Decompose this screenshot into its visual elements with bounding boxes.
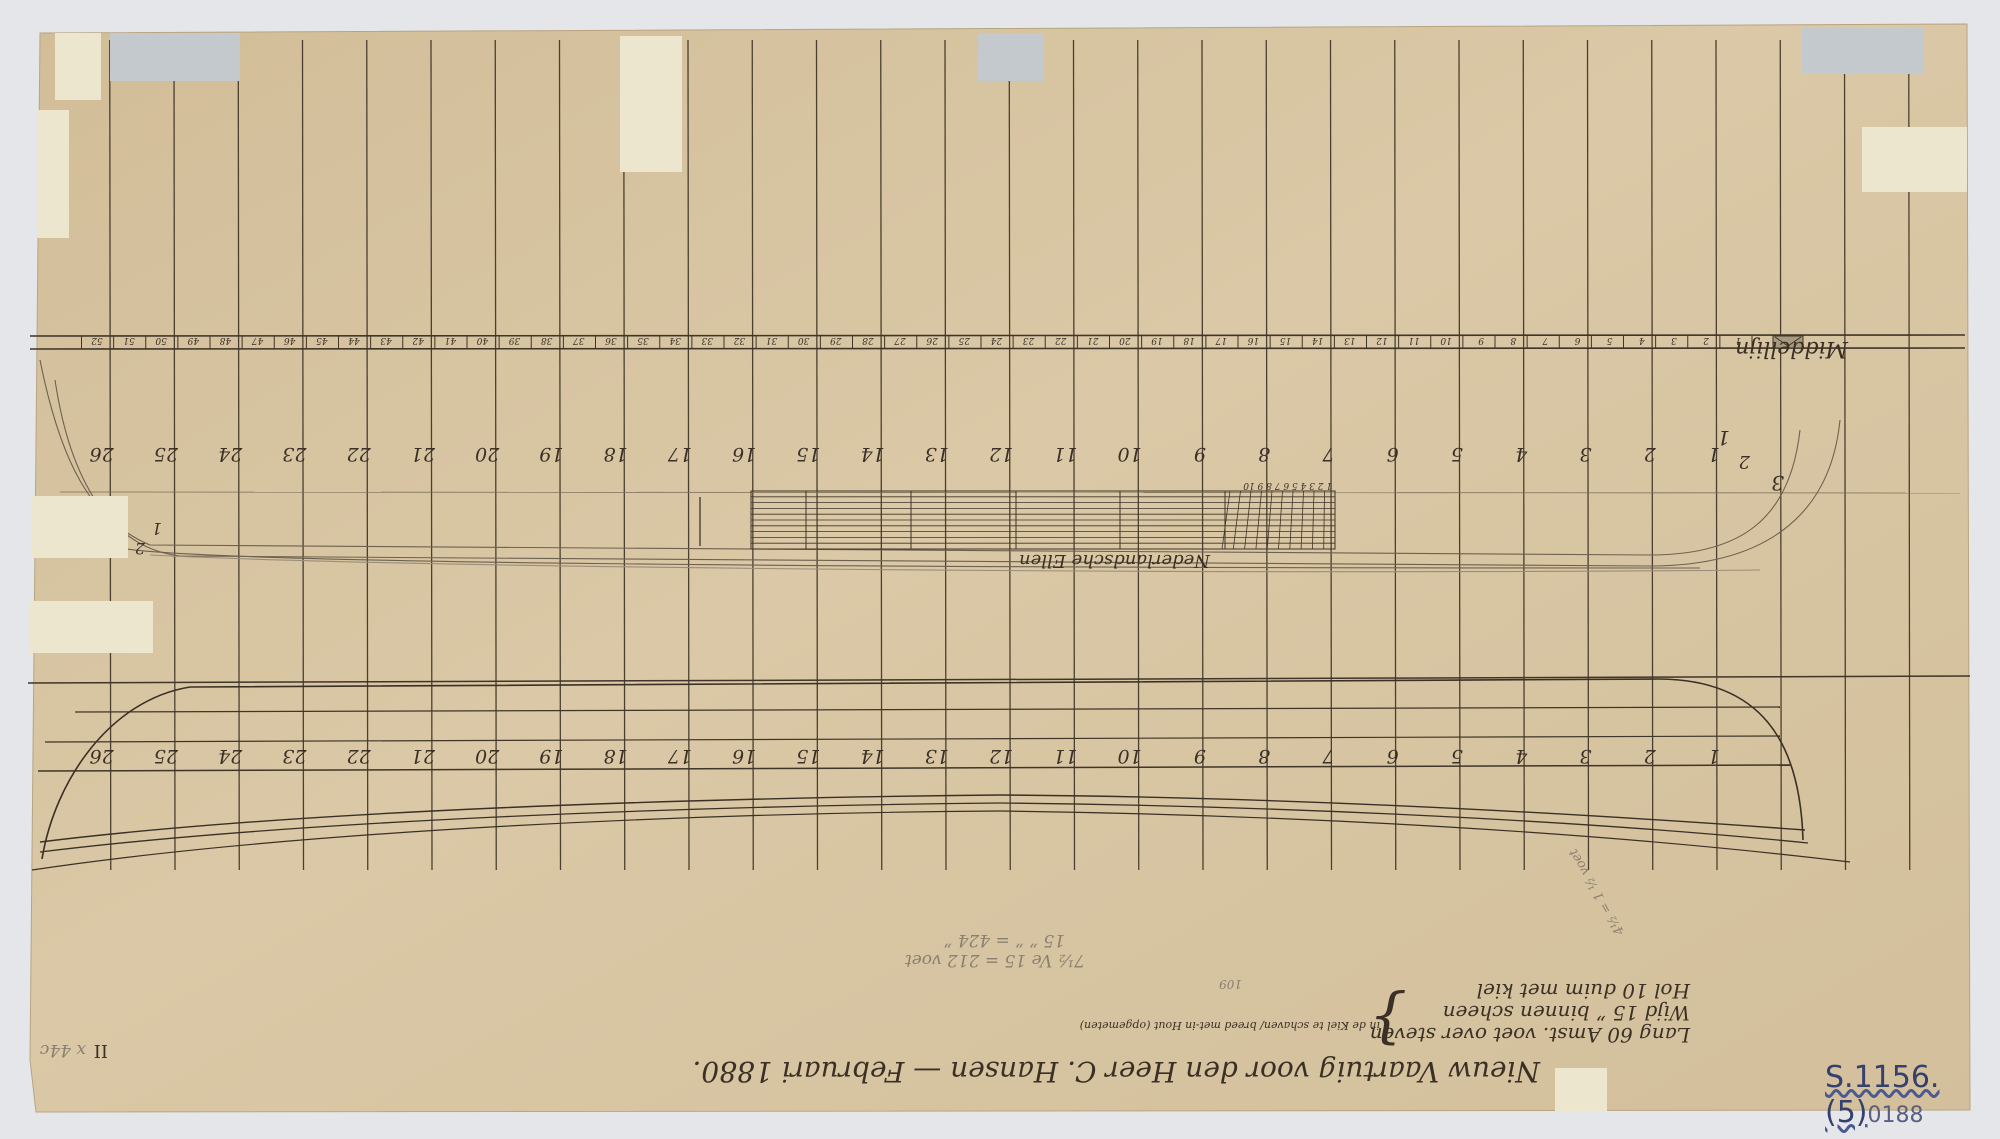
station-number: 10 [1118, 443, 1142, 465]
band-number: 38 [541, 335, 553, 345]
catalog-number-suffix: 0188 [1868, 1103, 1924, 1128]
spec-hol: Hol 10 duim met kiel [1477, 979, 1691, 1003]
band-number: 2 [1703, 335, 1710, 345]
station-number: 16 [732, 745, 756, 767]
station-number: 24 [218, 745, 243, 767]
band-number: 18 [1183, 335, 1195, 345]
band-number: 8 [1510, 335, 1516, 345]
band-number: 46 [284, 335, 297, 345]
band-number: 5 [1606, 335, 1612, 345]
bow-mark-1: 1 [1717, 426, 1730, 450]
band-number: 41 [444, 335, 456, 345]
scale-ticks-label: 1 2 3 4 5 6 7 8 9 10 [1243, 480, 1332, 490]
station-number: 3 [1579, 443, 1591, 465]
band-number: 22 [1055, 335, 1068, 345]
band-number: 49 [187, 335, 200, 345]
band-number: 31 [766, 335, 777, 345]
band-number: 21 [1087, 335, 1099, 345]
station-number: 12 [989, 443, 1013, 465]
band-number: 35 [637, 335, 649, 345]
scale-label: Nederlandsche Ellen [1019, 550, 1211, 571]
station-number: 22 [347, 443, 372, 465]
band-number: 17 [1215, 335, 1227, 345]
station-number: 18 [604, 745, 628, 767]
station-number: 6 [1387, 745, 1399, 767]
title-line: Nieuw Vaartuig voor den Heer C. Hansen —… [692, 1055, 1541, 1088]
station-number: 6 [1387, 443, 1399, 465]
station-number: 25 [154, 745, 179, 767]
spec-lang: Lang 60 Amst. voet over steven [1370, 1023, 1691, 1047]
band-number: 51 [123, 335, 134, 345]
station-number: 9 [1194, 443, 1206, 465]
station-number: 26 [90, 745, 115, 767]
band-number: 12 [1376, 335, 1388, 345]
station-number: 23 [282, 745, 307, 767]
band-number: 11 [1408, 335, 1419, 345]
middellijn-label: Middellijn [1735, 336, 1849, 361]
station-number: 26 [90, 443, 115, 465]
station-number: 7 [1322, 443, 1335, 465]
pencil-calc-2: 15 ” ” = 424 ” [944, 930, 1065, 950]
station-number: 5 [1451, 745, 1463, 767]
pencil-calc-1: 7½ Ve 15 = 212 voet [905, 950, 1085, 970]
tape-top-left [55, 33, 101, 100]
station-number: 14 [861, 745, 885, 767]
station-number: 10 [1118, 745, 1142, 767]
band-number: 23 [1022, 335, 1035, 345]
station-number: 2 [1644, 745, 1657, 767]
station-number: 19 [539, 443, 563, 465]
station-number: 11 [1053, 443, 1077, 465]
band-number: 16 [1247, 335, 1259, 345]
tape-right [1862, 127, 1967, 192]
station-number: 15 [796, 443, 820, 465]
catalog-number: S.1156.(5)0188 [1825, 1060, 2000, 1130]
station-number: 2 [1644, 443, 1657, 465]
band-number: 3 [1671, 335, 1677, 345]
station-number: 21 [411, 745, 436, 767]
spec-wijd: Wijd 15 ” binnen scheen [1443, 1001, 1690, 1025]
stern-mark-2: 2 [135, 539, 146, 558]
tape-left-2 [31, 496, 128, 558]
station-number: 22 [347, 745, 372, 767]
band-number: 36 [605, 335, 617, 345]
corner-mark: II [94, 1040, 108, 1061]
station-number: 17 [667, 443, 692, 465]
station-number: 9 [1194, 745, 1206, 767]
band-number: 52 [91, 335, 103, 345]
tape-top-blue-1 [110, 33, 240, 81]
band-number: 25 [958, 335, 971, 345]
station-number: 12 [989, 745, 1013, 767]
station-number: 20 [475, 745, 500, 767]
station-number: 23 [282, 443, 307, 465]
band-number: 50 [155, 335, 167, 345]
station-number: 11 [1053, 745, 1077, 767]
band-number: 37 [573, 335, 585, 345]
station-number: 7 [1322, 745, 1335, 767]
band-number: 26 [926, 335, 939, 345]
station-number: 20 [475, 443, 500, 465]
band-number: 42 [412, 335, 425, 345]
tape-top-blue-2 [978, 33, 1044, 81]
spec-note: in de Kiel te schaven/ breed met-in Hout… [1080, 1019, 1380, 1032]
station-number: 13 [925, 443, 949, 465]
band-number: 47 [251, 335, 264, 345]
band-number: 45 [316, 335, 329, 345]
station-number: 25 [154, 443, 179, 465]
station-number: 3 [1579, 745, 1591, 767]
bow-mark-3: 3 [1771, 471, 1784, 495]
band-number: 19 [1151, 335, 1163, 345]
stern-mark-1: 1 [152, 519, 162, 538]
band-number: 7 [1542, 335, 1548, 345]
station-number: 8 [1258, 443, 1270, 465]
station-number: 1 [1708, 745, 1720, 767]
station-number: 15 [796, 745, 820, 767]
band-number: 13 [1344, 335, 1356, 345]
tape-left-3 [30, 601, 153, 653]
station-number: 17 [667, 745, 692, 767]
band-number: 27 [894, 335, 907, 345]
tape-top-mid [620, 36, 682, 172]
band-number: 30 [798, 335, 810, 345]
band-number: 44 [348, 335, 361, 345]
band-number: 33 [701, 335, 713, 345]
band-number: 15 [1279, 335, 1291, 345]
station-number: 4 [1515, 443, 1528, 465]
band-number: 43 [380, 335, 393, 345]
station-number: 8 [1258, 745, 1270, 767]
band-number: 28 [862, 335, 875, 345]
band-number: 34 [669, 335, 681, 345]
band-number: 20 [1119, 335, 1132, 345]
pencil-small: 109 [1219, 977, 1242, 991]
bow-mark-2: 2 [1739, 451, 1751, 472]
drawing-sheet: 1234567891011121314151617181920212223242… [0, 0, 2000, 1139]
corner-pencil: x 44c [39, 1040, 86, 1060]
band-number: 40 [476, 335, 489, 345]
station-number: 18 [604, 443, 628, 465]
band-number: 9 [1478, 335, 1484, 345]
station-number: 13 [925, 745, 949, 767]
station-number: 5 [1451, 443, 1463, 465]
tape-left-1 [37, 110, 69, 238]
band-number: 14 [1312, 335, 1324, 345]
band-number: 29 [830, 335, 843, 345]
band-number: 6 [1574, 335, 1580, 345]
station-number: 19 [539, 745, 563, 767]
band-number: 24 [990, 335, 1003, 345]
station-number: 14 [861, 443, 885, 465]
lines-plan-drawing: 1234567891011121314151617181920212223242… [0, 0, 2000, 1139]
station-number: 16 [732, 443, 756, 465]
station-number: 24 [218, 443, 243, 465]
band-number: 39 [508, 335, 520, 345]
band-number: 48 [219, 335, 232, 345]
tape-top-blue-3 [1802, 28, 1924, 74]
band-number: 32 [733, 335, 745, 345]
band-number: 4 [1639, 335, 1646, 345]
tape-bottom [1555, 1068, 1607, 1111]
station-number: 21 [411, 443, 436, 465]
band-number: 10 [1440, 335, 1452, 345]
station-number: 4 [1515, 745, 1528, 767]
